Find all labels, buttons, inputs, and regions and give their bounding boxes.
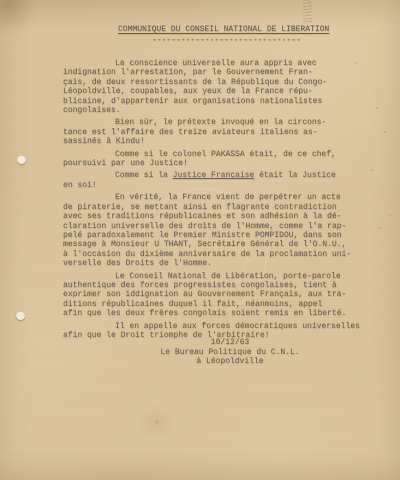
text-line: en soi! xyxy=(63,181,355,190)
paper-specks xyxy=(0,0,2,2)
pencil-mark xyxy=(303,0,312,24)
text-line: Comme si le colonel PAKASSA était, de ce… xyxy=(63,150,355,159)
signature-line: Le Bureau Politique du C.N.L. xyxy=(90,348,370,358)
text-line: congolaises. xyxy=(63,106,355,115)
document-title: COMMUNIQUE DU CONSEIL NATIONAL DE LIBERA… xyxy=(118,26,329,34)
text-line: authentique des forces progressistes con… xyxy=(63,281,355,290)
paragraph-6: Le Conseil National de Libération, porte… xyxy=(63,272,355,319)
text-line: indignation l'arrestation, par le Gouver… xyxy=(63,68,355,77)
title-block: COMMUNIQUE DU CONSEIL NATIONAL DE LIBERA… xyxy=(118,26,329,34)
scanned-document-page: COMMUNIQUE DU CONSEIL NATIONAL DE LIBERA… xyxy=(0,0,400,480)
document-body: La conscience universelle aura appris av… xyxy=(63,59,355,343)
text-line: verselle des Droits de l'Homme. xyxy=(63,259,355,268)
text-line: Bien sûr, le prétexte invoqué en la circ… xyxy=(63,118,355,127)
underlined-text-segment: Justice Française xyxy=(173,171,255,180)
text-segment: Comme si la xyxy=(115,171,173,180)
text-segment: était la Justice xyxy=(254,171,336,180)
text-line: de piraterie, se mettant ainsi en flagra… xyxy=(63,203,355,212)
paragraph-2: Bien sûr, le prétexte invoqué en la circ… xyxy=(63,118,355,146)
text-line: Il en appelle aux forces démocratiques u… xyxy=(63,322,355,331)
text-line: ditions républicaines duquel il fait, né… xyxy=(63,300,355,309)
text-line: La conscience universelle aura appris av… xyxy=(63,59,355,68)
text-line: blicaine, d'appartenir aux organisations… xyxy=(63,97,355,106)
paragraph-4: Comme si la Justice Française était la J… xyxy=(63,171,355,190)
text-line: En vérité, la France vient de perpétrer … xyxy=(63,193,355,202)
text-line: sassinés à Kindu! xyxy=(63,137,355,146)
text-line: claration universelle des droits de l'Ho… xyxy=(63,222,355,231)
paragraph-1: La conscience universelle aura appris av… xyxy=(63,59,355,115)
title-dashed-rule: ------------------------------- xyxy=(152,37,301,45)
paragraph-5: En vérité, la France vient de perpétrer … xyxy=(63,193,355,268)
text-line: à l'occasion du dixième anniversaire de … xyxy=(63,250,355,259)
text-line: pelé paradoxalement le Premier Ministre … xyxy=(63,231,355,240)
signature-block: 10/12/63 Le Bureau Politique du C.N.L. à… xyxy=(90,338,370,367)
text-line: tance est l'affaire des treize aviateurs… xyxy=(63,128,355,137)
text-line: Le Conseil National de Libération, porte… xyxy=(63,272,355,281)
hole-punch-bottom xyxy=(16,311,25,320)
text-line: poursuivi par une Justice! xyxy=(63,159,355,168)
document-date: 10/12/63 xyxy=(90,338,370,348)
signature-line: à Léopoldville xyxy=(90,357,370,367)
hole-punch-top xyxy=(17,155,26,164)
paragraph-3: Comme si le colonel PAKASSA était, de ce… xyxy=(63,150,355,169)
text-line: çais, de deux ressortissants de la Répub… xyxy=(63,78,355,87)
text-line: Comme si la Justice Française était la J… xyxy=(63,171,355,180)
text-line: exprimer son iddignation au Gouvernement… xyxy=(63,290,355,299)
text-line: avec ses traditions républicaines et son… xyxy=(63,212,355,221)
text-line: message à Monsieur U THANT, Secrétaire G… xyxy=(63,240,355,249)
text-line: Léopoldville, coupables, aux yeux de la … xyxy=(63,87,355,96)
text-line: afin que les deux frères congolais soien… xyxy=(63,309,355,318)
